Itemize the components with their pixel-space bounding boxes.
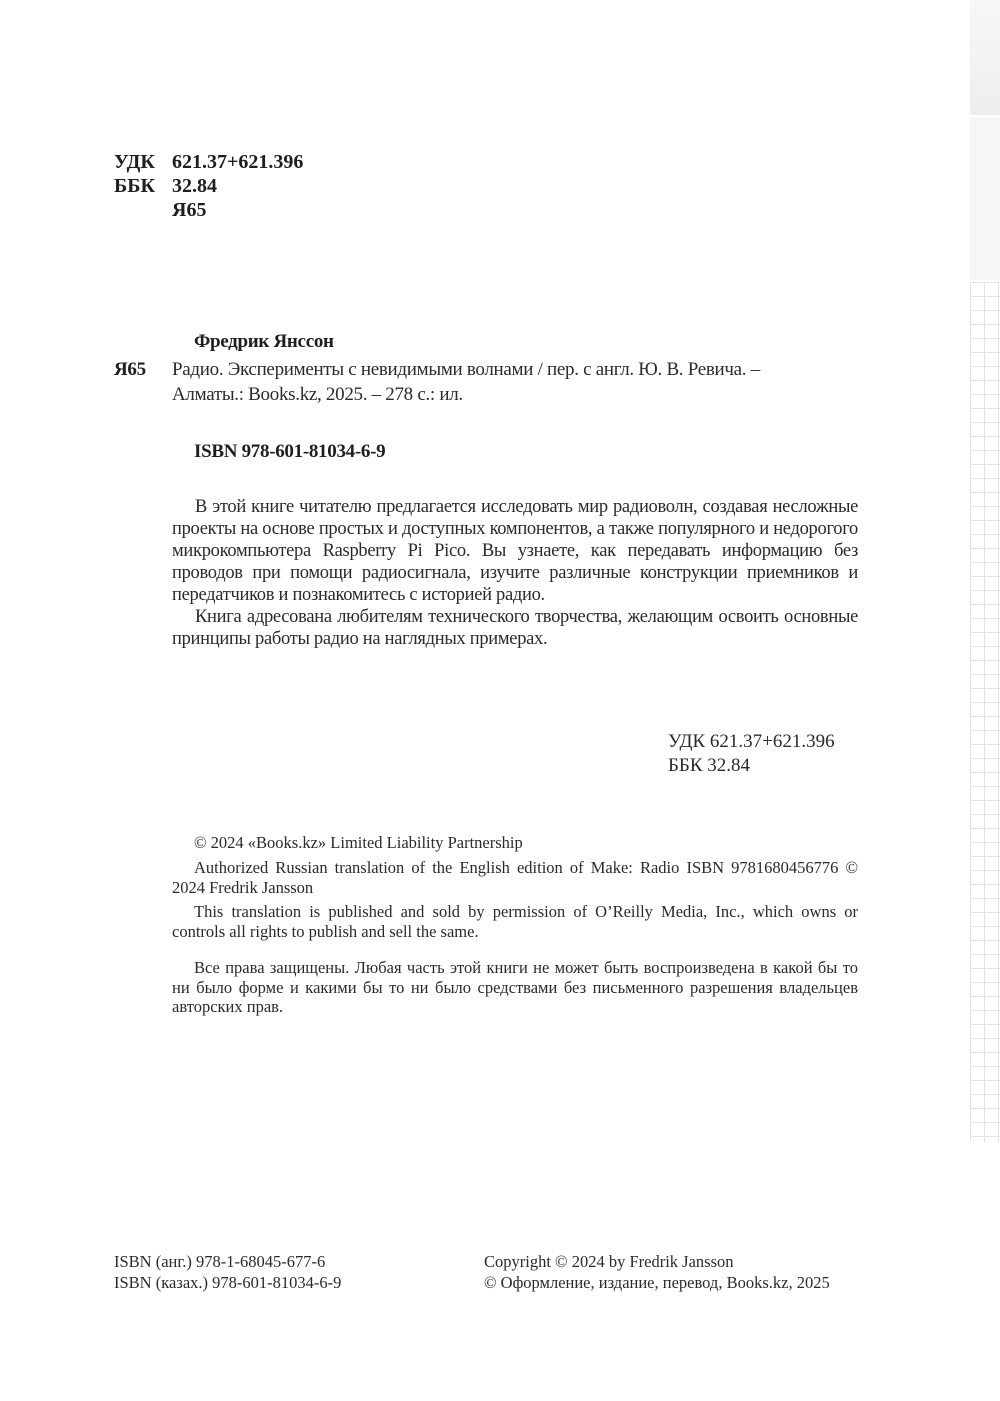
- page-edge-grid: [970, 282, 1000, 1142]
- author-name: Фредрик Янссон: [194, 331, 334, 353]
- catalog-line-2: Алматы.: Books.kz, 2025. – 278 с.: ил.: [172, 382, 463, 407]
- bbk-value: 32.84: [172, 174, 217, 198]
- abstract-paragraph: Книга адресована любителям технического …: [172, 606, 858, 650]
- isbn-main: ISBN 978-601-81034-6-9: [194, 441, 385, 463]
- udk-value: 621.37+621.396: [172, 150, 303, 174]
- classification-block: УДК 621.37+621.396 ББК 32.84 Я65: [114, 150, 374, 222]
- copyright-author: Copyright © 2024 by Fredrik Jansson: [484, 1251, 734, 1272]
- catalog-mark: Я65: [114, 357, 146, 382]
- bbk-repeat: ББК 32.84: [668, 754, 750, 778]
- author-mark: Я65: [172, 198, 206, 222]
- page-edge-middle: [970, 118, 1000, 280]
- rights-reserved-text: Все права защищены. Любая часть этой кни…: [172, 958, 858, 1017]
- abstract: В этой книге читателю предлагается иссле…: [172, 496, 858, 650]
- isbn-english: ISBN (анг.) 978-1-68045-677-6: [114, 1251, 325, 1272]
- permission-notice: This translation is published and sold b…: [172, 902, 858, 941]
- bbk-label: ББК: [114, 174, 155, 198]
- udk-repeat: УДК 621.37+621.396: [668, 730, 835, 754]
- copyright-publisher: © 2024 «Books.kz» Limited Liability Part…: [172, 833, 858, 853]
- page-edge-top: [970, 0, 1000, 115]
- rights-reserved: Все права защищены. Любая часть этой кни…: [172, 958, 858, 1017]
- catalog-line-1: Радио. Эксперименты с невидимыми волнами…: [172, 357, 760, 382]
- copyright-publisher-text: © 2024 «Books.kz» Limited Liability Part…: [172, 833, 858, 853]
- page-edge-stack: [970, 0, 1000, 1401]
- abstract-paragraph: В этой книге читателю предлагается иссле…: [172, 496, 858, 606]
- authorized-translation-text: Authorized Russian translation of the En…: [172, 858, 858, 897]
- authorized-translation: Authorized Russian translation of the En…: [172, 858, 858, 897]
- udk-label: УДК: [114, 150, 155, 174]
- isbn-kazakh: ISBN (казах.) 978-601-81034-6-9: [114, 1272, 341, 1293]
- permission-notice-text: This translation is published and sold b…: [172, 902, 858, 941]
- copyright-edition: © Оформление, издание, перевод, Books.kz…: [484, 1272, 830, 1293]
